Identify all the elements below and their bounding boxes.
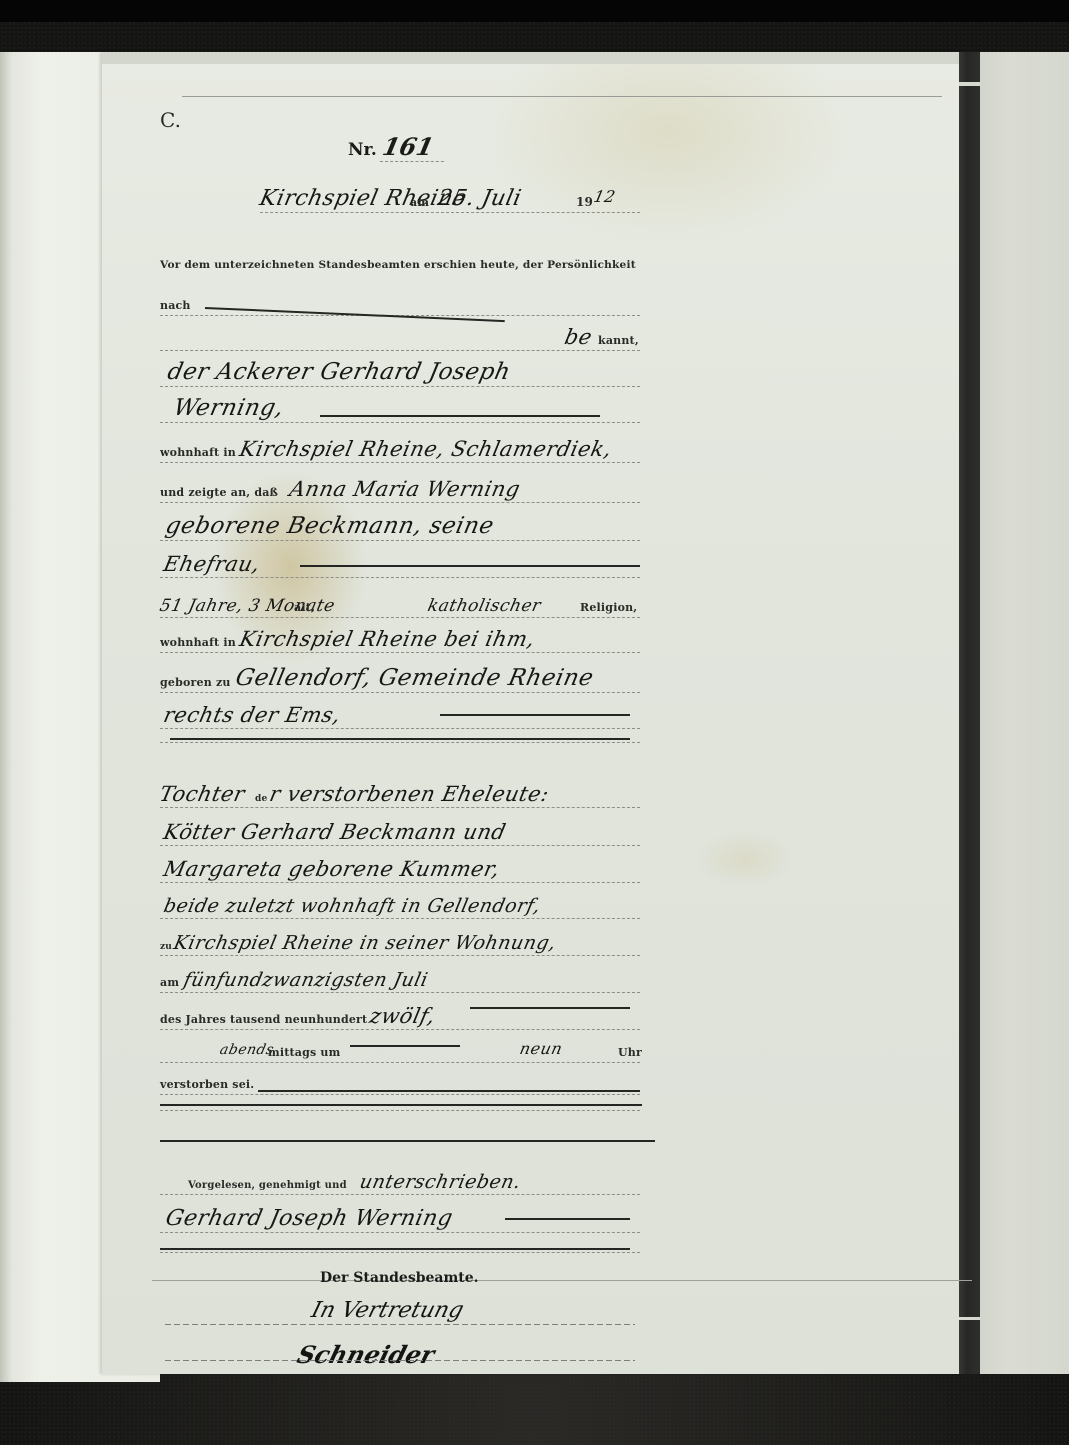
form-line: des Jahres tausend neunhundert zwölf, xyxy=(160,999,640,1030)
strike-line xyxy=(320,415,600,417)
death-hour: neun xyxy=(518,1039,564,1058)
form-line xyxy=(160,712,640,743)
binding-gap xyxy=(958,1317,980,1320)
line-label: mittags um xyxy=(268,1046,340,1059)
record-number-value: 161 xyxy=(380,132,450,162)
deceased-religion: katholischer xyxy=(426,596,543,616)
declarant-surname: Werning, xyxy=(171,395,286,421)
strike-line xyxy=(160,1140,655,1142)
line-label: des Jahres tausend neunhundert xyxy=(160,1013,367,1026)
parents-residence: beide zuletzt wohnhaft in Gellendorf, xyxy=(162,895,543,917)
death-time-period: abends xyxy=(218,1042,275,1058)
line-label: nach xyxy=(160,299,191,312)
form-line: geborene Beckmann, seine xyxy=(160,510,640,541)
image-canvas[interactable]: C. Nr.161 Kirchspiel Rheine am 25. Juli … xyxy=(0,22,1069,1445)
line-label: alt, xyxy=(294,601,315,614)
form-line: Ehefrau, xyxy=(160,547,640,578)
next-page-edge xyxy=(980,52,1069,1374)
strike-line xyxy=(300,565,640,567)
place-date-line: Kirchspiel Rheine am 25. Juli 19 12 xyxy=(260,182,640,213)
header-rule xyxy=(182,96,942,97)
registrar-deputy-note: In Vertretung xyxy=(309,1298,467,1323)
line-label: Uhr xyxy=(618,1046,642,1059)
form-line: nach xyxy=(160,285,640,316)
record-number-label: Nr. xyxy=(348,140,377,160)
closing-line: Vorgelesen, genehmigt und unterschrieben… xyxy=(160,1164,640,1195)
form-line: Werning, xyxy=(160,392,640,423)
form-line: beide zuletzt wohnhaft in Gellendorf, xyxy=(160,888,640,919)
footer-rule xyxy=(152,1280,972,1281)
line-label: und zeigte an, daß xyxy=(160,486,278,499)
form-line: be kannt, xyxy=(160,320,640,351)
deceased-residence: Kirchspiel Rheine bei ihm, xyxy=(237,627,537,651)
line-label: wohnhaft in xyxy=(160,446,236,459)
declarant-name: der Ackerer Gerhard Joseph xyxy=(165,359,513,385)
father-name: Kötter Gerhard Beckmann und xyxy=(161,820,508,844)
strike-line xyxy=(470,1007,630,1009)
year-prefix: 19 xyxy=(576,195,593,209)
form-line: 51 Jahre, 3 Monate alt, katholischer Rel… xyxy=(160,587,640,618)
death-place: Kirchspiel Rheine in seiner Wohnung, xyxy=(172,932,559,954)
strike-line xyxy=(160,1248,630,1250)
registrar-label: Der Standesbeamte. xyxy=(320,1270,479,1286)
form-line: Tochter de r verstorbenen Eheleute: xyxy=(160,777,640,808)
intro-text: Vor dem unterzeichneten Standesbeamten e… xyxy=(160,259,636,271)
strike-line xyxy=(350,1045,460,1047)
field-value: Tochter xyxy=(157,782,247,806)
form-line: Margareta geborene Kummer, xyxy=(160,852,640,883)
line-label: Religion, xyxy=(580,601,637,614)
form-line: und zeigte an, daß Anna Maria Werning xyxy=(160,472,640,503)
year-suffix: 12 xyxy=(592,187,617,206)
form-line: geboren zu Gellendorf, Gemeinde Rheine xyxy=(160,662,640,693)
form-line xyxy=(160,1118,640,1148)
line-label: wohnhaft in xyxy=(160,636,236,649)
declarant-residence: Kirchspiel Rheine, Schlamerdiek, xyxy=(237,437,614,461)
line-label: am xyxy=(160,976,179,989)
strike-line xyxy=(160,1104,642,1106)
form-line: Kötter Gerhard Beckmann und xyxy=(160,815,640,846)
strike-line xyxy=(505,1218,630,1220)
closing-text: Vorgelesen, genehmigt und xyxy=(188,1180,347,1191)
deceased-birthplace: Gellendorf, Gemeinde Rheine xyxy=(233,665,596,691)
record-number: Nr.161 xyxy=(348,132,447,162)
form-line: Vor dem unterzeichneten Standesbeamten e… xyxy=(160,244,640,274)
death-year: zwölf, xyxy=(367,1004,437,1028)
line-label: de xyxy=(255,794,267,804)
form-line: wohnhaft in Kirchspiel Rheine bei ihm, xyxy=(160,622,640,653)
form-line: abends mittags um neun Uhr xyxy=(160,1032,640,1063)
book-binding-gutter xyxy=(958,52,980,1374)
page-top-band xyxy=(102,52,959,64)
signature-rule xyxy=(165,1360,635,1361)
registrar-signature: Schneider xyxy=(294,1340,438,1369)
line-label: kannt, xyxy=(598,334,639,347)
parents-heading: r verstorbenen Eheleute: xyxy=(267,782,551,806)
signature-underline xyxy=(160,1222,640,1253)
deceased-name: Anna Maria Werning xyxy=(287,477,522,501)
death-day: fünfundzwanzigsten Juli xyxy=(182,969,430,991)
deceased-birthname: geborene Beckmann, seine xyxy=(163,513,496,539)
binding-gap xyxy=(958,82,980,86)
closing-handwritten: unterschrieben. xyxy=(358,1171,523,1193)
form-line: zu Kirchspiel Rheine in seiner Wohnung, xyxy=(160,925,640,956)
field-value: be xyxy=(562,325,594,349)
line-label: geboren zu xyxy=(160,676,231,689)
date-label: am xyxy=(410,196,429,209)
margin-mark: C. xyxy=(160,108,181,132)
signature-rule xyxy=(165,1324,635,1325)
date-value: 25. Juli xyxy=(435,186,523,211)
deceased-relation: Ehefrau, xyxy=(161,552,262,576)
form-line xyxy=(160,1080,640,1111)
line-label: zu xyxy=(160,942,172,952)
form-line: am fünfundzwanzigsten Juli xyxy=(160,962,640,993)
mother-name: Margareta geborene Kummer, xyxy=(161,857,502,881)
form-line: der Ackerer Gerhard Joseph xyxy=(160,356,640,387)
form-line: wohnhaft in Kirchspiel Rheine, Schlamerd… xyxy=(160,432,640,463)
viewer-title-bar: /Abt_Ostwestfalen-Lippe/P9/P9-14/~016/P9… xyxy=(0,0,1069,22)
strike-line xyxy=(170,738,630,740)
